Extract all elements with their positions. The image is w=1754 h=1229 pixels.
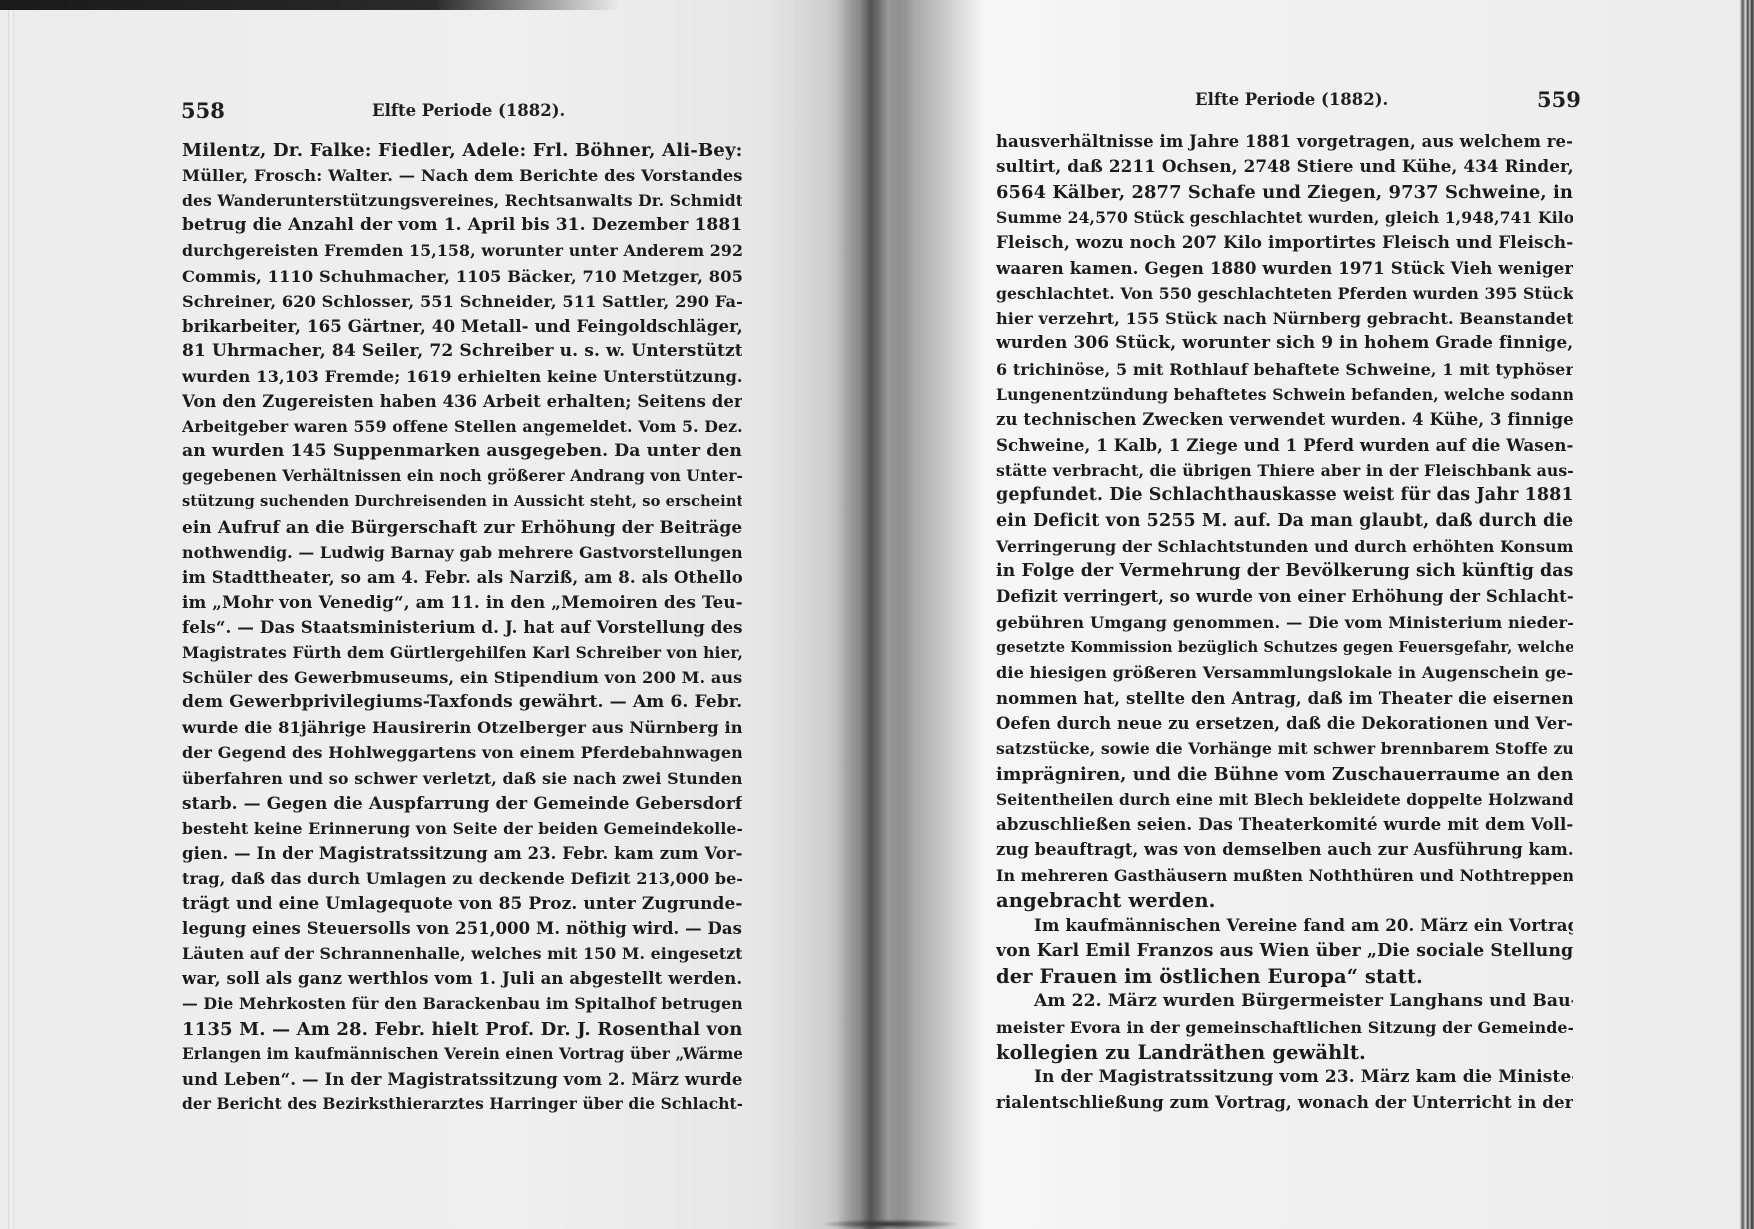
text-line: wurden 13,103 Fremde; 1619 erhielten kei… [182, 363, 742, 390]
right-running-head: Elfte Periode (1882). [1195, 90, 1388, 109]
left-page-body: Milentz, Dr. Falke: Fiedler, Adele: Frl.… [182, 137, 742, 1137]
text-line: dem Gewerbprivilegiums-Taxfonds gewährt.… [182, 689, 742, 716]
text-line: wurden 306 Stück, worunter sich 9 in hoh… [996, 330, 1573, 357]
text-line: 6 trichinöse, 5 mit Rothlauf behaftete S… [996, 356, 1573, 383]
text-line: Von den Zugereisten haben 436 Arbeit erh… [182, 388, 742, 415]
right-page-body: hausverhältnisse im Jahre 1881 vorgetrag… [996, 128, 1573, 1128]
text-line: Summe 24,570 Stück geschlachtet wurden, … [996, 204, 1573, 231]
text-line: nothwendig. — Ludwig Barnay gab mehrere … [182, 539, 742, 566]
left-page-number: 558 [181, 98, 225, 123]
text-line: gegebenen Verhältnissen ein noch größere… [182, 463, 742, 490]
paragraph-first-line: In der Magistratssitzung vom 23. März ka… [996, 1064, 1573, 1091]
text-line: gepfundet. Die Schlachthauskasse weist f… [996, 482, 1573, 509]
text-line: Müller, Frosch: Walter. — Nach dem Beric… [182, 162, 742, 189]
top-edge-shadow [0, 0, 620, 10]
text-line: brikarbeiter, 165 Gärtner, 40 Metall- un… [182, 313, 742, 340]
text-line: Fleisch, wozu noch 207 Kilo importirtes … [996, 229, 1573, 256]
text-line: hier verzehrt, 155 Stück nach Nürnberg g… [996, 305, 1573, 332]
text-line: gien. — In der Magistratssitzung am 23. … [182, 840, 742, 867]
text-line: Defizit verringert, so wurde von einer E… [996, 583, 1573, 610]
left-running-head: Elfte Periode (1882). [372, 101, 565, 120]
text-line: ein Deficit von 5255 M. auf. Da man glau… [996, 508, 1573, 535]
text-line: Lungenentzündung behaftetes Schwein befa… [996, 381, 1573, 408]
text-line: Erlangen im kaufmännischen Verein einen … [182, 1041, 742, 1068]
text-line: betrug die Anzahl der vom 1. April bis 3… [182, 212, 742, 239]
text-line: besteht keine Erinnerung von Seite der b… [182, 815, 742, 842]
text-line: 6564 Kälber, 2877 Schafe und Ziegen, 973… [996, 179, 1573, 206]
text-line: Schreiner, 620 Schlosser, 551 Schneider,… [182, 288, 742, 315]
right-page-stack-edge [1740, 0, 1754, 1229]
text-line: wurde die 81jährige Hausirerin Otzelberg… [182, 714, 742, 741]
text-line: abzuschließen seien. Das Theaterkomité w… [996, 811, 1573, 838]
text-line: fels“. — Das Staatsministerium d. J. hat… [182, 614, 742, 641]
paragraph-first-line: Am 22. März wurden Bürgermeister Langhan… [996, 988, 1573, 1015]
text-line: waaren kamen. Gegen 1880 wurden 1971 Stü… [996, 255, 1573, 282]
text-line: stätte verbracht, die übrigen Thiere abe… [996, 457, 1573, 484]
text-line: zu technischen Zwecken verwendet wurden.… [996, 406, 1573, 433]
text-line: des Wanderunterstützungsvereines, Rechts… [182, 187, 742, 214]
text-line: In mehreren Gasthäusern mußten Noththüre… [996, 862, 1573, 889]
text-line: Arbeitgeber waren 559 offene Stellen ang… [182, 413, 742, 440]
text-line: hausverhältnisse im Jahre 1881 vorgetrag… [996, 128, 1573, 155]
text-line: Seitentheilen durch eine mit Blech bekle… [996, 786, 1573, 813]
text-line: ein Aufruf an die Bürgerschaft zur Erhöh… [182, 514, 742, 541]
book-gutter [838, 0, 910, 1229]
bottom-gutter-shadow [820, 1219, 960, 1229]
left-page-edge [8, 10, 14, 1229]
text-line: imprägniren, und die Bühne vom Zuschauer… [996, 761, 1573, 788]
text-line: war, soll als ganz werthlos vom 1. Juli … [182, 965, 742, 992]
text-line: legung eines Steuersolls von 251,000 M. … [182, 915, 742, 942]
text-line: 81 Uhrmacher, 84 Seiler, 72 Schreiber u.… [182, 338, 742, 365]
text-line: Schweine, 1 Kalb, 1 Ziege und 1 Pferd wu… [996, 432, 1573, 459]
text-line: gesetzte Kommission bezüglich Schutzes g… [996, 634, 1573, 661]
text-line: trag, daß das durch Umlagen zu deckende … [182, 865, 742, 892]
text-line: trägt und eine Umlagequote von 85 Proz. … [182, 890, 742, 917]
text-line: der Frauen im östlichen Europa“ statt. [996, 963, 1573, 990]
text-line: kollegien zu Landräthen gewählt. [996, 1039, 1573, 1066]
text-line: nommen hat, stellte den Antrag, daß im T… [996, 685, 1573, 712]
text-line: der Bericht des Bezirksthierarztes Harri… [182, 1091, 742, 1118]
text-line: rialentschließung zum Vortrag, wonach de… [996, 1089, 1573, 1116]
text-line: in Folge der Vermehrung der Bevölkerung … [996, 558, 1573, 585]
text-line: an wurden 145 Suppenmarken ausgegeben. D… [182, 438, 742, 465]
text-line: Milentz, Dr. Falke: Fiedler, Adele: Frl.… [182, 137, 742, 164]
text-line: Schüler des Gewerbmuseums, ein Stipendiu… [182, 664, 742, 691]
text-line: im „Mohr von Venedig“, am 11. in den „Me… [182, 589, 742, 616]
text-line: sultirt, daß 2211 Ochsen, 2748 Stiere un… [996, 153, 1573, 180]
text-line: geschlachtet. Von 550 geschlachteten Pfe… [996, 280, 1573, 307]
text-line: Verringerung der Schlachtstunden und dur… [996, 533, 1573, 560]
text-line: angebracht werden. [996, 887, 1573, 914]
text-line: durchgereisten Fremden 15,158, worunter … [182, 237, 742, 264]
text-line: starb. — Gegen die Auspfarrung der Gemei… [182, 790, 742, 817]
text-line: stützung suchenden Durchreisenden in Aus… [182, 488, 742, 515]
paragraph-first-line: Im kaufmännischen Vereine fand am 20. Mä… [996, 912, 1573, 939]
text-line: von Karl Emil Franzos aus Wien über „Die… [996, 938, 1573, 965]
text-line: zug beauftragt, was von demselben auch z… [996, 836, 1573, 863]
text-line: Oefen durch neue zu ersetzen, daß die De… [996, 710, 1573, 737]
text-line: 1135 M. — Am 28. Febr. hielt Prof. Dr. J… [182, 1016, 742, 1043]
text-line: meister Evora in der gemeinschaftlichen … [996, 1014, 1573, 1041]
right-page-number: 559 [1537, 87, 1581, 112]
book-spread: 558 Elfte Periode (1882). Elfte Periode … [0, 0, 1754, 1229]
text-line: Läuten auf der Schrannenhalle, welches m… [182, 940, 742, 967]
text-line: Magistrates Fürth dem Gürtlergehilfen Ka… [182, 639, 742, 666]
text-line: der Gegend des Hohlweggartens von einem … [182, 739, 742, 766]
text-line: und Leben“. — In der Magistratssitzung v… [182, 1066, 742, 1093]
text-line: — Die Mehrkosten für den Barackenbau im … [182, 990, 742, 1017]
text-line: gebühren Umgang genommen. — Die vom Mini… [996, 609, 1573, 636]
text-line: satzstücke, sowie die Vorhänge mit schwe… [996, 735, 1573, 762]
text-line: überfahren und so schwer verletzt, daß s… [182, 765, 742, 792]
text-line: Commis, 1110 Schuhmacher, 1105 Bäcker, 7… [182, 263, 742, 290]
text-line: die hiesigen größeren Versammlungslokale… [996, 659, 1573, 686]
text-line: im Stadttheater, so am 4. Febr. als Narz… [182, 564, 742, 591]
